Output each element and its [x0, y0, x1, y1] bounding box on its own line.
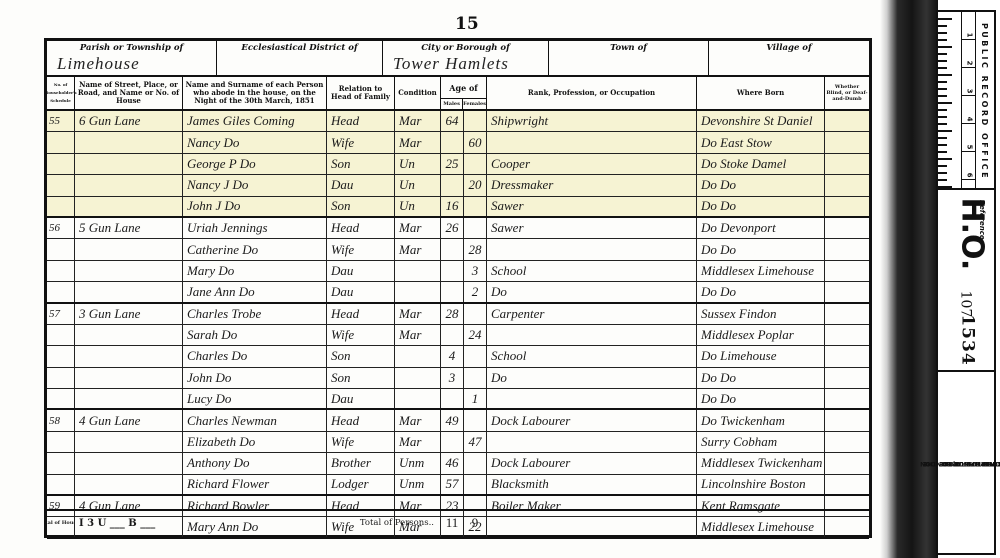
relation-to-head: Dau [327, 282, 395, 301]
age-cell: 47 [441, 432, 487, 452]
female-age [464, 453, 486, 473]
male-age: 16 [441, 197, 464, 216]
blind-deaf [825, 197, 869, 216]
col-born: Where Born [697, 77, 825, 109]
birthplace: Do Do [697, 175, 825, 195]
cm-scale: 123456 [962, 12, 976, 188]
total-persons-label: Total of Persons.. [183, 511, 441, 535]
relation-to-head: Head [327, 410, 395, 430]
relation-to-head: Wife [327, 432, 395, 452]
ruler-tick [938, 179, 947, 181]
person-name: Sarah Do [183, 325, 327, 345]
female-age [464, 346, 486, 366]
male-age [441, 175, 464, 195]
birthplace: Do Devonport [697, 218, 825, 238]
town-cell: Town of [549, 41, 709, 75]
female-age [464, 154, 486, 174]
male-age [441, 432, 464, 452]
street-address [75, 154, 183, 174]
village-label: Village of [709, 43, 869, 53]
female-age [464, 475, 486, 494]
schedule-number [47, 475, 75, 494]
male-age: 26 [441, 218, 464, 238]
reference-box: Reference :— H.O. 107 1534 [938, 190, 994, 372]
female-age: 60 [464, 132, 486, 152]
relation-to-head: Head [327, 218, 395, 238]
schedule-number [47, 261, 75, 281]
age-cell: 20 [441, 175, 487, 195]
marital-condition [395, 368, 441, 388]
col-name: Name and Surname of each Person who abod… [183, 77, 327, 109]
occupation: Do [487, 368, 697, 388]
age-cell: 26 [441, 218, 487, 238]
schedule-number: 56 [47, 218, 75, 238]
schedule-number [47, 389, 75, 408]
person-name: Charles Do [183, 346, 327, 366]
female-age: 20 [464, 175, 486, 195]
person-name: Charles Newman [183, 410, 327, 430]
marital-condition: Mar [395, 218, 441, 238]
col-age-label: Age of [441, 77, 486, 99]
relation-to-head: Brother [327, 453, 395, 473]
male-age: 57 [441, 475, 464, 494]
col-blind: Whether Blind, or Deaf-and-Dumb [825, 77, 869, 109]
ruler-tick [938, 25, 947, 27]
birthplace: Middlesex Limehouse [697, 261, 825, 281]
reference-class: H.O. [955, 198, 990, 278]
occupation: Sawer [487, 197, 697, 216]
marital-condition: Unm [395, 453, 441, 473]
schedule-number [47, 346, 75, 366]
birthplace: Lincolnshire Boston [697, 475, 825, 494]
age-cell: 57 [441, 475, 487, 494]
relation-to-head: Dau [327, 389, 395, 408]
blind-deaf [825, 432, 869, 452]
table-row: Lucy DoDau1Do Do [47, 389, 869, 410]
ruler-tick [938, 39, 947, 41]
schedule-number [47, 368, 75, 388]
person-name: Richard Flower [183, 475, 327, 494]
column-headers: No. of Householder's Schedule Name of St… [47, 77, 869, 111]
office-title: PUBLIC RECORD OFFICE [976, 16, 994, 186]
table-row: Richard FlowerLodgerUnm57BlacksmithLinco… [47, 475, 869, 496]
totals-filler [487, 511, 869, 535]
copyright-line: PUBLIC RECORD OFFICE, LONDON [864, 458, 1000, 468]
age-cell: 2 [441, 282, 487, 301]
male-age: 64 [441, 111, 464, 131]
birthplace: Do Stoke Damel [697, 154, 825, 174]
blind-deaf [825, 410, 869, 430]
age-cell: 46 [441, 453, 487, 473]
male-age [441, 389, 464, 408]
marital-condition: Un [395, 175, 441, 195]
reference-piece: 1534 [958, 314, 978, 365]
age-cell: 24 [441, 325, 487, 345]
female-age [464, 410, 486, 430]
age-cell: 64 [441, 111, 487, 131]
street-address [75, 132, 183, 152]
person-name: John Do [183, 368, 327, 388]
schedule-number [47, 432, 75, 452]
occupation: Carpenter [487, 304, 697, 324]
street-address [75, 432, 183, 452]
age-cell: 3 [441, 368, 487, 388]
blind-deaf [825, 346, 869, 366]
col-condition: Condition [395, 77, 441, 109]
schedule-number: 58 [47, 410, 75, 430]
cm-mark: 1 [962, 12, 976, 40]
table-row: Catherine DoWifeMar28Do Do [47, 239, 869, 260]
female-age [464, 218, 486, 238]
age-cell: 28 [441, 239, 487, 259]
town-label: Town of [549, 43, 708, 53]
birthplace: Do Limehouse [697, 346, 825, 366]
male-age [441, 261, 464, 281]
blind-deaf [825, 218, 869, 238]
ruler-tick [938, 32, 947, 34]
table-row: Anthony DoBrotherUnm46Dock LabourerMiddl… [47, 453, 869, 474]
col-age-females: Females [463, 99, 486, 109]
location-header: Parish or Township of Limehouse Ecclesia… [47, 41, 869, 77]
person-name: Charles Trobe [183, 304, 327, 324]
male-age [441, 239, 464, 259]
table-row: Nancy DoWifeMar60Do East Stow [47, 132, 869, 153]
occupation: Sawer [487, 218, 697, 238]
col-age-males: Males [441, 99, 463, 109]
table-row: Nancy J DoDauUn20DressmakerDo Do [47, 175, 869, 196]
relation-to-head: Wife [327, 239, 395, 259]
female-age: 2 [464, 282, 486, 301]
person-name: Elizabeth Do [183, 432, 327, 452]
occupation [487, 325, 697, 345]
census-rows: 556 Gun LaneJames Giles ComingHeadMar64S… [47, 111, 869, 539]
female-age [464, 197, 486, 216]
person-name: Uriah Jennings [183, 218, 327, 238]
male-age: 46 [441, 453, 464, 473]
cm-mark: 4 [962, 96, 976, 124]
blind-deaf [825, 325, 869, 345]
person-name: Mary Do [183, 261, 327, 281]
relation-to-head: Wife [327, 132, 395, 152]
birthplace: Do Do [697, 197, 825, 216]
male-age [441, 282, 464, 301]
male-age: 4 [441, 346, 464, 366]
blind-deaf [825, 368, 869, 388]
ruler-tick [938, 116, 947, 118]
street-address [75, 282, 183, 301]
col-occupation: Rank, Profession, or Occupation [487, 77, 697, 109]
blind-deaf [825, 111, 869, 131]
marital-condition [395, 282, 441, 301]
marital-condition: Mar [395, 410, 441, 430]
ruler-tick [938, 81, 947, 83]
age-cell: 16 [441, 197, 487, 216]
cm-mark: 5 [962, 124, 976, 152]
occupation: Cooper [487, 154, 697, 174]
age-cell: 25 [441, 154, 487, 174]
person-name: Nancy Do [183, 132, 327, 152]
birthplace: Do East Stow [697, 132, 825, 152]
schedule-number [47, 239, 75, 259]
female-age [464, 304, 486, 324]
ruler-tick [938, 109, 947, 111]
table-row: Charles DoSon4SchoolDo Limehouse [47, 346, 869, 367]
person-name: Jane Ann Do [183, 282, 327, 301]
birthplace: Middlesex Twickenham [697, 453, 825, 473]
person-name: Catherine Do [183, 239, 327, 259]
ruler-tick [938, 137, 947, 139]
total-females: 9 [464, 511, 486, 535]
schedule-number [47, 197, 75, 216]
blind-deaf [825, 154, 869, 174]
marital-condition: Un [395, 197, 441, 216]
female-age [464, 111, 486, 131]
blind-deaf [825, 282, 869, 301]
occupation: School [487, 346, 697, 366]
street-address [75, 453, 183, 473]
blind-deaf [825, 261, 869, 281]
reference-strip: 123456 PUBLIC RECORD OFFICE Reference :—… [936, 10, 996, 555]
birthplace: Do Twickenham [697, 410, 825, 430]
marital-condition [395, 346, 441, 366]
ruler-tick [938, 88, 947, 90]
age-cell: 1 [441, 389, 487, 408]
census-page: 15 Parish or Township of Limehouse Eccle… [0, 0, 918, 558]
col-street: Name of Street, Place, or Road, and Name… [75, 77, 183, 109]
person-name: Lucy Do [183, 389, 327, 408]
marital-condition: Mar [395, 132, 441, 152]
marital-condition: Mar [395, 432, 441, 452]
total-males: 11 [441, 511, 464, 535]
street-address [75, 261, 183, 281]
street-address: 5 Gun Lane [75, 218, 183, 238]
blind-deaf [825, 132, 869, 152]
city-label: City or Borough of [383, 43, 548, 53]
occupation: Blacksmith [487, 475, 697, 494]
marital-condition: Un [395, 154, 441, 174]
person-name: Nancy J Do [183, 175, 327, 195]
street-address [75, 239, 183, 259]
village-cell: Village of [709, 41, 869, 75]
table-row: Mary DoDau3SchoolMiddlesex Limehouse [47, 261, 869, 282]
schedule-number [47, 453, 75, 473]
table-row: Jane Ann DoDau2DoDo Do [47, 282, 869, 303]
schedule-number [47, 132, 75, 152]
occupation [487, 432, 697, 452]
ruler-tick [938, 18, 952, 20]
marital-condition [395, 389, 441, 408]
street-address [75, 389, 183, 408]
table-row: John J DoSonUn16SawerDo Do [47, 197, 869, 218]
marital-condition: Unm [395, 475, 441, 494]
cm-mark: 3 [962, 68, 976, 96]
ruler-tick [938, 172, 947, 174]
relation-to-head: Dau [327, 261, 395, 281]
relation-to-head: Head [327, 111, 395, 131]
occupation [487, 132, 697, 152]
relation-to-head: Son [327, 368, 395, 388]
street-address [75, 346, 183, 366]
parish-label: Parish or Township of [47, 43, 216, 53]
street-address [75, 325, 183, 345]
relation-to-head: Lodger [327, 475, 395, 494]
table-row: 565 Gun LaneUriah JenningsHeadMar26Sawer… [47, 218, 869, 239]
male-age: 25 [441, 154, 464, 174]
table-row: 573 Gun LaneCharles TrobeHeadMar28Carpen… [47, 304, 869, 325]
cm-mark: 6 [962, 152, 976, 180]
total-houses-label: Total of Houses [47, 511, 75, 535]
census-form: Parish or Township of Limehouse Ecclesia… [44, 38, 872, 538]
occupation: Shipwright [487, 111, 697, 131]
city-value: Tower Hamlets [393, 54, 509, 74]
ruler-tick [938, 67, 947, 69]
table-row: Elizabeth DoWifeMar47Surry Cobham [47, 432, 869, 453]
parish-cell: Parish or Township of Limehouse [47, 41, 217, 75]
table-row: John DoSon3DoDo Do [47, 368, 869, 389]
relation-to-head: Son [327, 154, 395, 174]
total-persons-ages: 11 9 [441, 511, 487, 535]
ecclesiastical-cell: Ecclesiastical District of [217, 41, 383, 75]
occupation: Dressmaker [487, 175, 697, 195]
blind-deaf [825, 475, 869, 494]
marital-condition: Mar [395, 304, 441, 324]
male-age [441, 132, 464, 152]
ruler-tick [938, 102, 952, 104]
ruler-tick [938, 123, 947, 125]
street-address: 6 Gun Lane [75, 111, 183, 131]
street-address: 4 Gun Lane [75, 410, 183, 430]
occupation: Dock Labourer [487, 410, 697, 430]
occupation: Dock Labourer [487, 453, 697, 473]
scan-binding-edge [880, 0, 938, 558]
table-row: George P DoSonUn25CooperDo Stoke Damel [47, 154, 869, 175]
relation-to-head: Wife [327, 325, 395, 345]
ruler-tick [938, 74, 952, 76]
street-address [75, 197, 183, 216]
street-address [75, 175, 183, 195]
ruler-tick [938, 53, 947, 55]
marital-condition [395, 261, 441, 281]
age-cell: 49 [441, 410, 487, 430]
person-name: James Giles Coming [183, 111, 327, 131]
person-name: John J Do [183, 197, 327, 216]
occupation [487, 239, 697, 259]
blind-deaf [825, 389, 869, 408]
birthplace: Sussex Findon [697, 304, 825, 324]
person-name: Anthony Do [183, 453, 327, 473]
relation-to-head: Head [327, 304, 395, 324]
female-age: 24 [464, 325, 486, 345]
birthplace: Middlesex Poplar [697, 325, 825, 345]
ruler-tick [938, 158, 952, 160]
schedule-number: 55 [47, 111, 75, 131]
street-address [75, 475, 183, 494]
schedule-number [47, 154, 75, 174]
ruler-tick [938, 130, 952, 132]
parish-value: Limehouse [57, 54, 140, 74]
blind-deaf [825, 304, 869, 324]
male-age: 3 [441, 368, 464, 388]
birthplace: Surry Cobham [697, 432, 825, 452]
ruler-tick [938, 151, 947, 153]
birthplace: Do Do [697, 282, 825, 301]
person-name: George P Do [183, 154, 327, 174]
table-row: 556 Gun LaneJames Giles ComingHeadMar64S… [47, 111, 869, 132]
female-age [464, 368, 486, 388]
cm-mark: 2 [962, 40, 976, 68]
table-row: Sarah DoWifeMar24Middlesex Poplar [47, 325, 869, 346]
male-age: 28 [441, 304, 464, 324]
female-age: 1 [464, 389, 486, 408]
female-age: 3 [464, 261, 486, 281]
total-houses-value: I 3 U ___ B ___ [75, 511, 183, 535]
occupation: School [487, 261, 697, 281]
measurement-ruler: 123456 PUBLIC RECORD OFFICE [938, 12, 994, 190]
marital-condition: Mar [395, 111, 441, 131]
ruler-tick [938, 95, 947, 97]
ruler-tick [938, 144, 947, 146]
relation-to-head: Son [327, 346, 395, 366]
birthplace: Devonshire St Daniel [697, 111, 825, 131]
schedule-number [47, 325, 75, 345]
female-age: 28 [464, 239, 486, 259]
marital-condition: Mar [395, 325, 441, 345]
table-row: 584 Gun LaneCharles NewmanHeadMar49Dock … [47, 410, 869, 431]
occupation [487, 389, 697, 408]
inch-scale [938, 12, 962, 188]
street-address [75, 368, 183, 388]
ruler-tick [938, 60, 947, 62]
birthplace: Do Do [697, 368, 825, 388]
female-age: 47 [464, 432, 486, 452]
occupation: Do [487, 282, 697, 301]
schedule-number [47, 282, 75, 301]
ruler-tick [938, 46, 952, 48]
copyright-notice: COPYRIGHT PHOTOGRAPH—NOT TOBE REPRODUCED… [938, 374, 994, 552]
marital-condition: Mar [395, 239, 441, 259]
relation-to-head: Son [327, 197, 395, 216]
col-age: Age of Males Females [441, 77, 487, 109]
totals-row: Total of Houses I 3 U ___ B ___ Total of… [47, 509, 869, 535]
city-cell: City or Borough of Tower Hamlets [383, 41, 549, 75]
ecclesiastical-label: Ecclesiastical District of [217, 43, 382, 53]
col-schedule: No. of Householder's Schedule [47, 77, 75, 109]
birthplace: Do Do [697, 389, 825, 408]
male-age [441, 325, 464, 345]
schedule-number: 57 [47, 304, 75, 324]
birthplace: Do Do [697, 239, 825, 259]
relation-to-head: Dau [327, 175, 395, 195]
folio-number: 15 [455, 14, 479, 34]
ruler-tick [938, 186, 952, 188]
age-cell: 4 [441, 346, 487, 366]
blind-deaf [825, 175, 869, 195]
col-relation: Relation to Head of Family [327, 77, 395, 109]
blind-deaf [825, 239, 869, 259]
age-cell: 60 [441, 132, 487, 152]
age-cell: 28 [441, 304, 487, 324]
ruler-tick [938, 165, 947, 167]
schedule-number [47, 175, 75, 195]
age-cell: 3 [441, 261, 487, 281]
street-address: 3 Gun Lane [75, 304, 183, 324]
male-age: 49 [441, 410, 464, 430]
